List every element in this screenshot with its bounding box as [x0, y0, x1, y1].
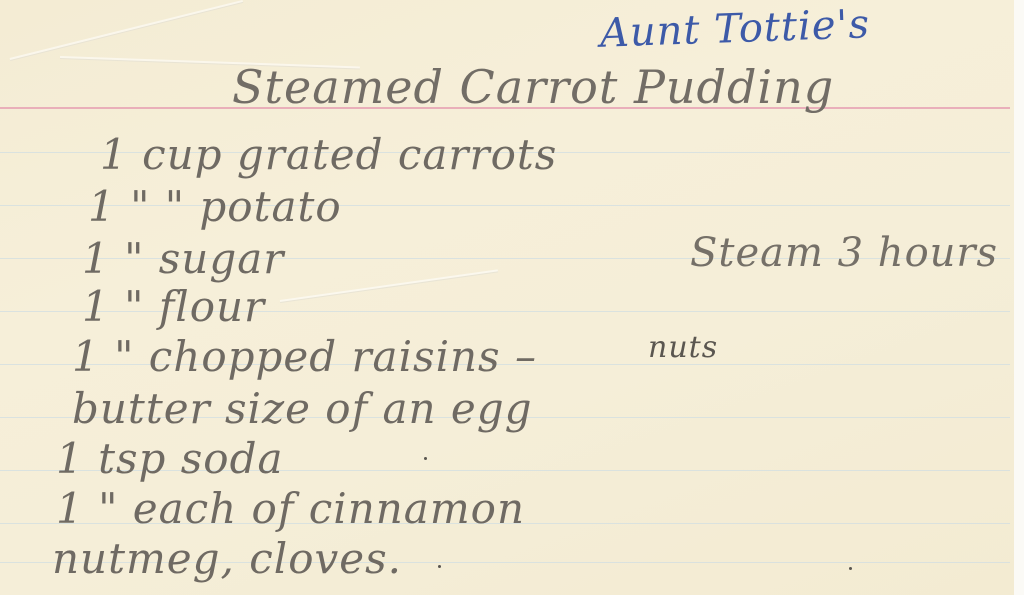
ingredient-line: 1 " flour [82, 282, 265, 331]
recipe-instructions: Steam 3 hours [690, 230, 998, 276]
ingredient-note: nuts [648, 330, 718, 365]
ingredient-line: 1 " sugar [82, 234, 284, 283]
ingredient-line: 1 " each of cinnamon [56, 484, 525, 533]
ingredient-line: butter size of an egg [72, 384, 533, 433]
pencil-speck [424, 457, 427, 460]
ingredient-line: 1 " chopped raisins – [72, 332, 537, 381]
paper-crease [280, 269, 498, 303]
pencil-speck [849, 567, 852, 570]
recipe-attribution: Aunt Tottie's [599, 1, 870, 56]
ingredient-line: 1 cup grated carrots [100, 130, 557, 179]
pencil-speck [438, 565, 441, 568]
recipe-title: Steamed Carrot Pudding [232, 60, 834, 114]
ingredient-line: nutmeg, cloves. [52, 534, 402, 583]
ingredient-line: 1 " " potato [88, 182, 342, 231]
recipe-card: Aunt Tottie's Steamed Carrot Pudding 1 c… [0, 0, 1014, 595]
scan-edge [1014, 0, 1024, 595]
paper-crease [10, 0, 244, 61]
ingredient-line: 1 tsp soda [56, 434, 284, 483]
